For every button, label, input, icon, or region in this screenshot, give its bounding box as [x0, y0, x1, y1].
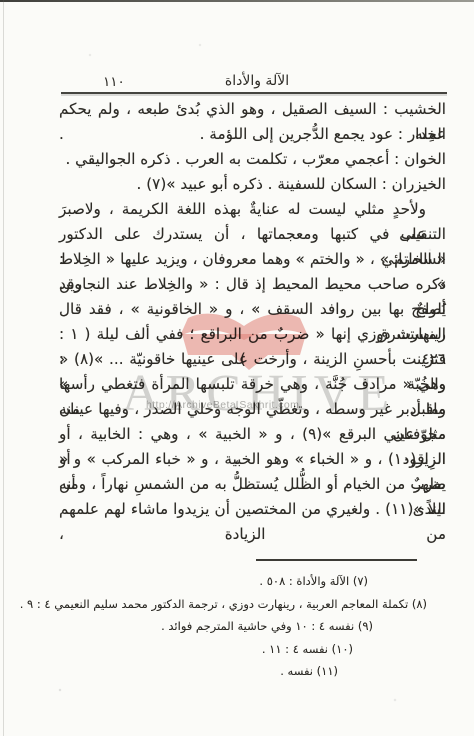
text-line: « الخاتم » ، « والختم » وهما معروفان ، و… [59, 247, 446, 272]
text-line: الخشيب : السيف الصقيل ، وهو الذي بُدئ طب… [59, 97, 446, 122]
text-line: التنقيب في كتبها ومعجماتها ، أن يستدرك ع… [59, 222, 446, 247]
text-line: الخيزران : السكان للسفينة . ذكره أبو عبي… [59, 172, 446, 197]
page-title: الآلة والأداة [40, 73, 474, 89]
footnote-line: (١١) نفسه . [0, 660, 474, 683]
text-line: ولأحدٍ مثلي ليست له عنايةٌ بهذه اللغة ال… [59, 197, 446, 222]
text-line: الخوان : أعجمي معرّب ، تكلمت به العرب . … [59, 147, 446, 172]
footnotes: (٧) الآلة والأداة : ٥٠٨ . (٨) تكملة المع… [0, 570, 474, 683]
footnote-line: (١٠) نفسه ٤ : ١١ . [0, 638, 474, 661]
footnote-separator [256, 559, 417, 561]
text-line: ليلاً »(١١) . ولغيري من المختصين أن يزيد… [59, 497, 446, 522]
text-line: فتزينت بأحسنِ الزينة ، وأرخت على عينيها … [59, 347, 446, 372]
text-line: وهي « مرادف جُنَّة ، وهي خرقة تلبسها الم… [59, 372, 446, 397]
text-line: الزِير(١٠) ، و « الخباء » وهو الخبية ، و… [59, 447, 446, 472]
book-page: ١١٠ الآلة والأداة الخشيب : السيف الصقيل … [0, 0, 474, 736]
text-line: يُصفح بها بين روافد السقف » ، و « الخاقو… [59, 297, 446, 322]
text-line: ضربٌ من الخيام أو الظُّلل يُستظلُّ به من… [59, 472, 446, 497]
scan-top-edge [0, 0, 474, 2]
text-line: مثل عيني البرقع »(٩) ، و « الخبية » ، وه… [59, 422, 446, 447]
body-text: الخشيب : السيف الصقيل ، وهو الذي بُدئ طب… [59, 97, 446, 522]
footnote-line: (٨) تكملة المعاجم العربية ، رينهارت دوزي… [0, 593, 474, 616]
text-line: ذكره صاحب محيط المحيط إذ قال : « والخِلا… [59, 272, 446, 297]
text-line: رينهارت دوزي إنها « ضربٌ من البراقع ؛ فف… [59, 322, 446, 347]
footnote-line: (٩) نفسه ٤ : ١٠ وفي حاشية المترجم فوائد … [0, 615, 474, 638]
footnote-line: (٧) الآلة والأداة : ٥٠٨ . [0, 570, 474, 593]
text-line: وما أدبر غير وسطه ، وتغطّي الوجه وحلي ال… [59, 397, 446, 422]
header-rule [61, 92, 447, 94]
